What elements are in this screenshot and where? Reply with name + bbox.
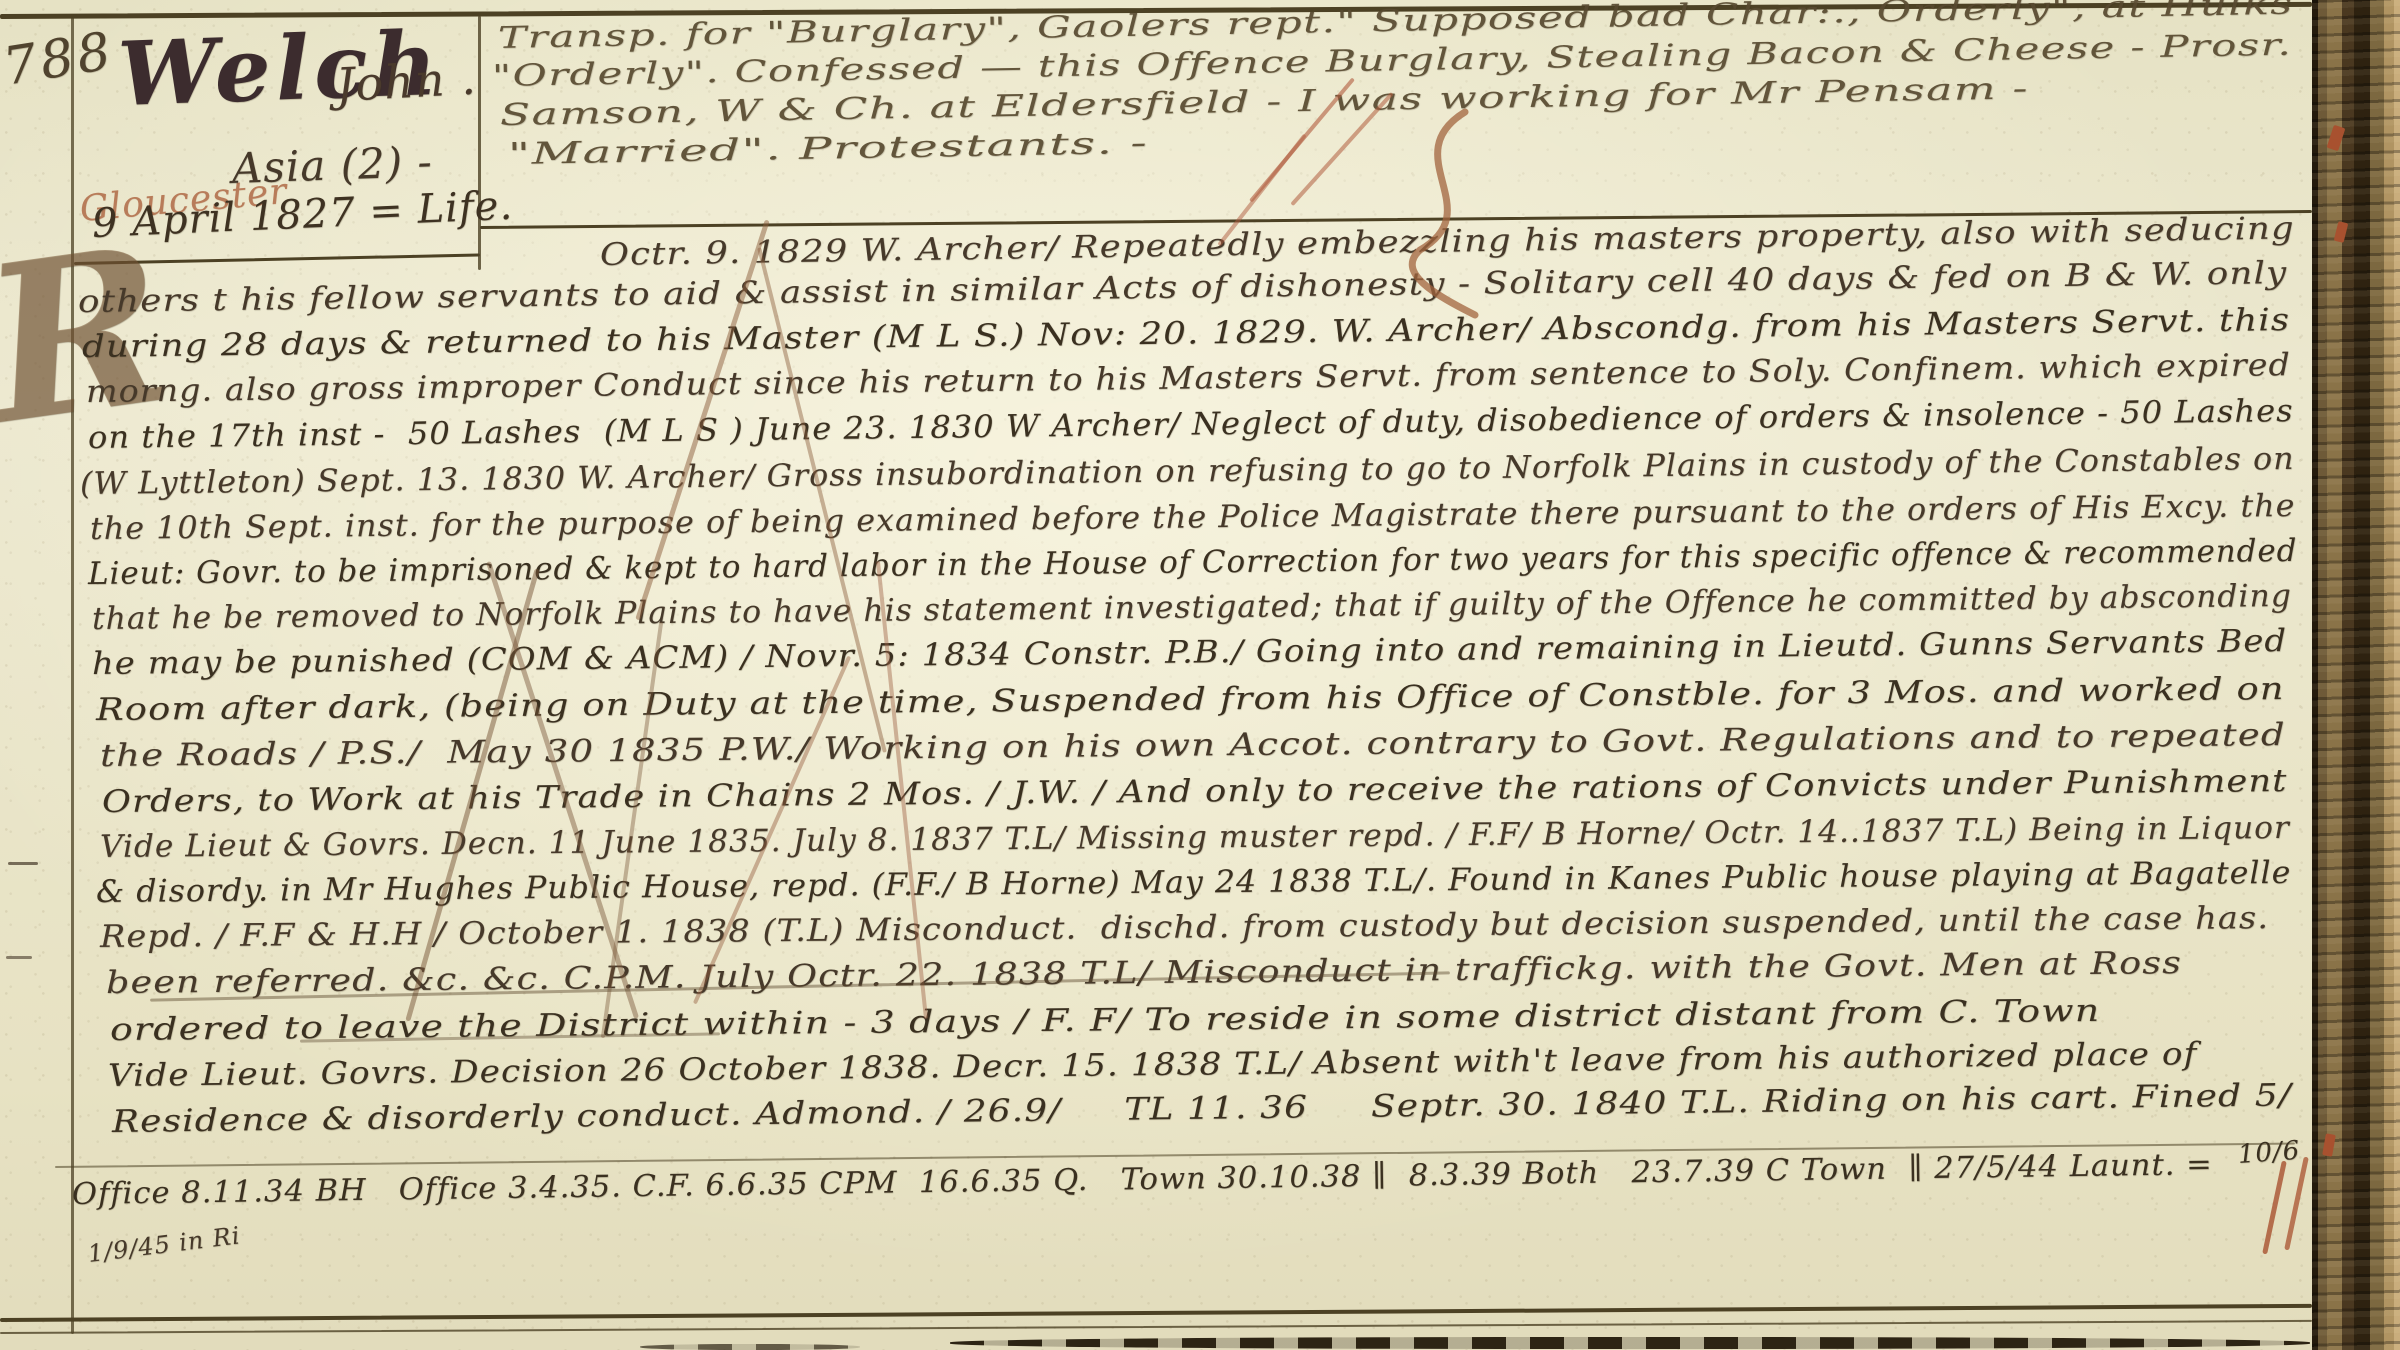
margin-tick — [6, 956, 32, 959]
conduct-record-line: Room after dark, (being on Duty at the t… — [96, 674, 2285, 726]
next-entry-text-fragment — [950, 1337, 2310, 1349]
red-check-stroke — [2262, 1161, 2287, 1255]
conduct-record-line: he may be punished (COM & ACM) / Novr. 5… — [92, 626, 2287, 680]
given-name: John . — [335, 55, 478, 108]
conduct-record-line: & disordy. in Mr Hughes Public House, re… — [96, 858, 2292, 908]
red-check-stroke — [2284, 1157, 2309, 1251]
convict-conduct-register-page: 788 Gloucester R Welch John . Asia (2) -… — [0, 0, 2400, 1350]
bottom-rule-2 — [0, 1320, 2312, 1334]
margin-tick — [8, 862, 38, 865]
entry-number: 788 — [0, 25, 118, 94]
red-ink-flourish — [1365, 100, 1505, 330]
conduct-record-line: Orders, to Work at his Trade in Chains 2… — [102, 766, 2288, 818]
office-reference-line: Office 8.11.34 BH Office 3.4.35. C.F. 6.… — [72, 1150, 2213, 1210]
bottom-rule-1 — [0, 1304, 2312, 1322]
conduct-record-line: the Roads / P.S./ May 30 1835 P.W./ Work… — [100, 720, 2286, 772]
conduct-record-line: Repd. / F.F & H.H / October 1. 1838 (T.L… — [100, 903, 2269, 953]
next-entry-text-fragment — [640, 1344, 860, 1350]
marginal-date-note: 1/9/45 in Ri — [87, 1223, 242, 1266]
conduct-record-line: Vide Lieut & Govrs. Decn. 11 June 1835. … — [100, 813, 2290, 863]
fine-note: 10/6 — [2237, 1138, 2301, 1168]
offence-summary-line: "Married". Protestants. - — [508, 129, 1149, 170]
name-box-right-rule — [478, 16, 481, 270]
ship-name: Asia (2) - — [231, 141, 433, 190]
